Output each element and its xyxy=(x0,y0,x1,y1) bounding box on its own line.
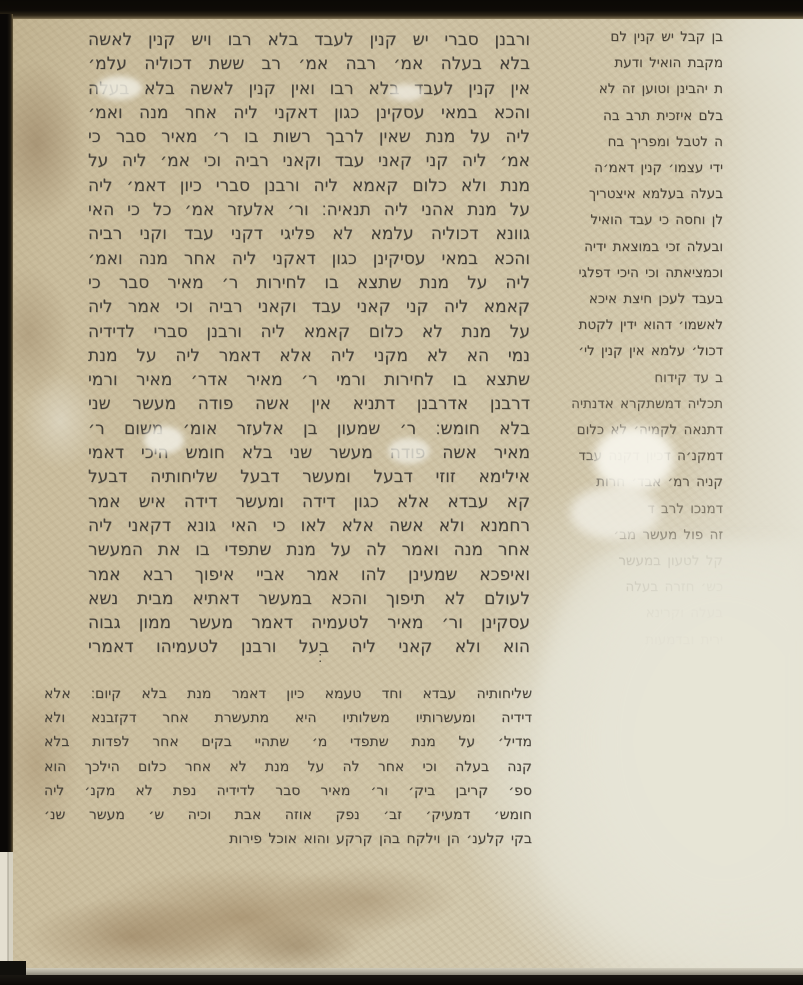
main-text-line: אין קנין לעבד בלא רבו ואין קנין לאשה בלא… xyxy=(88,77,530,101)
commentary-line: דידיה ומעשרותיו משלותיו היא מתעשרת אחר ד… xyxy=(44,706,532,730)
marginalia-line: בעבד לעכן חיצת איכא xyxy=(545,286,723,312)
main-text-line: ורבנן סברי יש קנין לעבד בלא רבו ויש קנין… xyxy=(88,28,530,52)
main-text-block: ורבנן סברי יש קנין לעבד בלא רבו ויש קנין… xyxy=(88,28,530,660)
main-text-line: אחר מנה ואמר לה על מנת שתפדי בו את המעשר xyxy=(88,538,530,562)
manuscript-page: ורבנן סברי יש קנין לעבד בלא רבו ויש קנין… xyxy=(0,0,803,985)
main-text-line: נמי הא לא מקני ליה אלא דאמר ליה על מנת xyxy=(88,344,530,368)
main-text-line: גוונא דכוליה עלמא לא פליגי דקני עבד וקני… xyxy=(88,222,530,246)
main-text-line: בלא בעלה אמ׳ רבה אמ׳ רב ששת דכוליה עלמ׳ xyxy=(88,52,530,76)
marginalia-line: בעלה וקרינא xyxy=(545,600,723,626)
marginalia-line: לאשמו׳ דהוא ידין לקטת xyxy=(545,312,723,338)
commentary-line: בקי קלענ׳ הן וילקח בהן קרקע והוא אוכל פי… xyxy=(44,827,532,851)
main-text-line: קאמא ליה קני קאני עבד וקאני רביה וכי אמר… xyxy=(88,295,530,319)
marginalia-line: ב עד קידוח xyxy=(545,365,723,391)
commentary-block: שליחותיה עבדא וחד טעמא כיון דאמר מנת בלא… xyxy=(44,682,532,851)
main-text-line: שתצא בו לחירות ורמי ר׳ מאיר אדר׳ מאיר ור… xyxy=(88,368,530,392)
marginalia-line: דתנאה לקמיה׳ לא כלום xyxy=(545,417,723,443)
left-binding-edge xyxy=(0,14,13,852)
left-page-edge-stack xyxy=(0,852,13,970)
main-text-line: והכא במאי עסקינן כגון דאקני ליה אחר מנה … xyxy=(88,101,530,125)
commentary-line: ספ׳ קריבן ביק׳ ור׳ מאיר סבר לדידיה נפת ל… xyxy=(44,779,532,803)
marginalia-line: לן וחסה כי עבד הואיל xyxy=(545,207,723,233)
main-text-line: ליה על מנת שתצא בו לחירות ר׳ מאיר סבר כי xyxy=(88,271,530,295)
main-text-line: ליה על מנת שאין לרבך רשות בו ר׳ מאיר סבר… xyxy=(88,125,530,149)
marginalia-column: בן קבל יש קנין לםמקבת הואיל ודעתת יהבינן… xyxy=(545,24,723,653)
commentary-line: קנה בעלה וכי אחר לה על מנת לא אחר כלום ה… xyxy=(44,755,532,779)
main-text-line: לעולם לא תיפוך והכא במעשר דאתיא מבית נשא xyxy=(88,587,530,611)
main-text-line: על מנת לא כלום קאמא ליה ורבנן סברי לדידי… xyxy=(88,320,530,344)
main-text-line: דרבנן אדרבנן דתניא אין אשה פודה מעשר שני xyxy=(88,392,530,416)
main-text-line: עסקינן ור׳ מאיר לטעמיה דאמר מעשר ממון גב… xyxy=(88,611,530,635)
marginalia-line: ובעלה זכי במוצאת ידיה xyxy=(545,234,723,260)
top-binding-edge xyxy=(0,0,803,19)
marginalia-line: ירית ובדמעות xyxy=(545,627,723,653)
main-text-line: ואיפכא שמעינן להו אמר אביי איפוך רבא אמר xyxy=(88,563,530,587)
marginalia-line: זה פול מעשר מב׳ xyxy=(545,522,723,548)
main-text-line: מאיר אשה פודה מעשר שני בלא חומש היכי דאמ… xyxy=(88,441,530,465)
main-text-line: קא עבדא אלא כגון דידה ומעשר דידה איש אמר xyxy=(88,490,530,514)
marginalia-line: כש׳ חזרה בעלה xyxy=(545,574,723,600)
marginalia-line: דכול׳ עלמא אין קנין לי׳ xyxy=(545,338,723,364)
main-text-line: מנת ולא כלום קאמא ליה ורבנן סברי כיון דא… xyxy=(88,174,530,198)
main-text-line: אמ׳ ליה קני קאני עבד וקאני רביה וכי אמ׳ … xyxy=(88,149,530,173)
commentary-line: שליחותיה עבדא וחד טעמא כיון דאמר מנת בלא… xyxy=(44,682,532,706)
marginalia-line: בלם איזכית תרב בה xyxy=(545,103,723,129)
commentary-line: חומש׳ דמעיק׳ זב׳ נפק אוזה אבת וכיה ש׳ מע… xyxy=(44,803,532,827)
marginalia-line: ידי עצמו׳ קנין דאמ׳ה xyxy=(545,155,723,181)
commentary-line: מדיל׳ על מנת שתפדי מ׳ שתהיי בקים אחר לפד… xyxy=(44,730,532,754)
main-text-line: רחמנא ולא אשה אלא לאו כי האי גונא דקאני … xyxy=(88,514,530,538)
main-text-line: אילימא זוזי דבעל ומעשר דבעל שליחותיה דבע… xyxy=(88,465,530,489)
marginalia-line: מקבת הואיל ודעת xyxy=(545,50,723,76)
bottom-binding-edge xyxy=(0,975,803,985)
marginalia-line: וכמציאתה וכי היכי דפלגי xyxy=(545,260,723,286)
main-text-line: על מנת אהני ליה תנאיה׃ ור׳ אלעזר אמ׳ כל … xyxy=(88,198,530,222)
marginalia-line: דמנכו לרב ד xyxy=(545,496,723,522)
marginalia-line: בעלה בעלמא איצטריך xyxy=(545,181,723,207)
marginalia-line: תכליה דמשתקרא אדנתיה xyxy=(545,391,723,417)
marginalia-line: ת יהבינן וטוען זה לא xyxy=(545,76,723,102)
marginalia-line: קניה רמ׳ אבד׳ חרות xyxy=(545,469,723,495)
bottom-page-edge-stack xyxy=(0,968,803,975)
main-text-line: והכא במאי עסיקינן כגון דאקני ליה אחר מנה… xyxy=(88,247,530,271)
marginalia-line: ה לטבל ומפריך בח xyxy=(545,129,723,155)
end-of-section-mark: ׃ xyxy=(318,648,322,666)
marginalia-line: בן קבל יש קנין לם xyxy=(545,24,723,50)
marginalia-line: קל לטעון במעשר xyxy=(545,548,723,574)
main-text-line: בלא חומש׃ ר׳ שמעון בן אלעזר אומ׳ משום ר׳ xyxy=(88,417,530,441)
main-text-line: הוא ולא קאני ליה בעל ורבנן לטעמיהו דאמרי xyxy=(88,635,530,659)
marginalia-line: דמקנ׳ה דכיון דקנה עבד xyxy=(545,443,723,469)
